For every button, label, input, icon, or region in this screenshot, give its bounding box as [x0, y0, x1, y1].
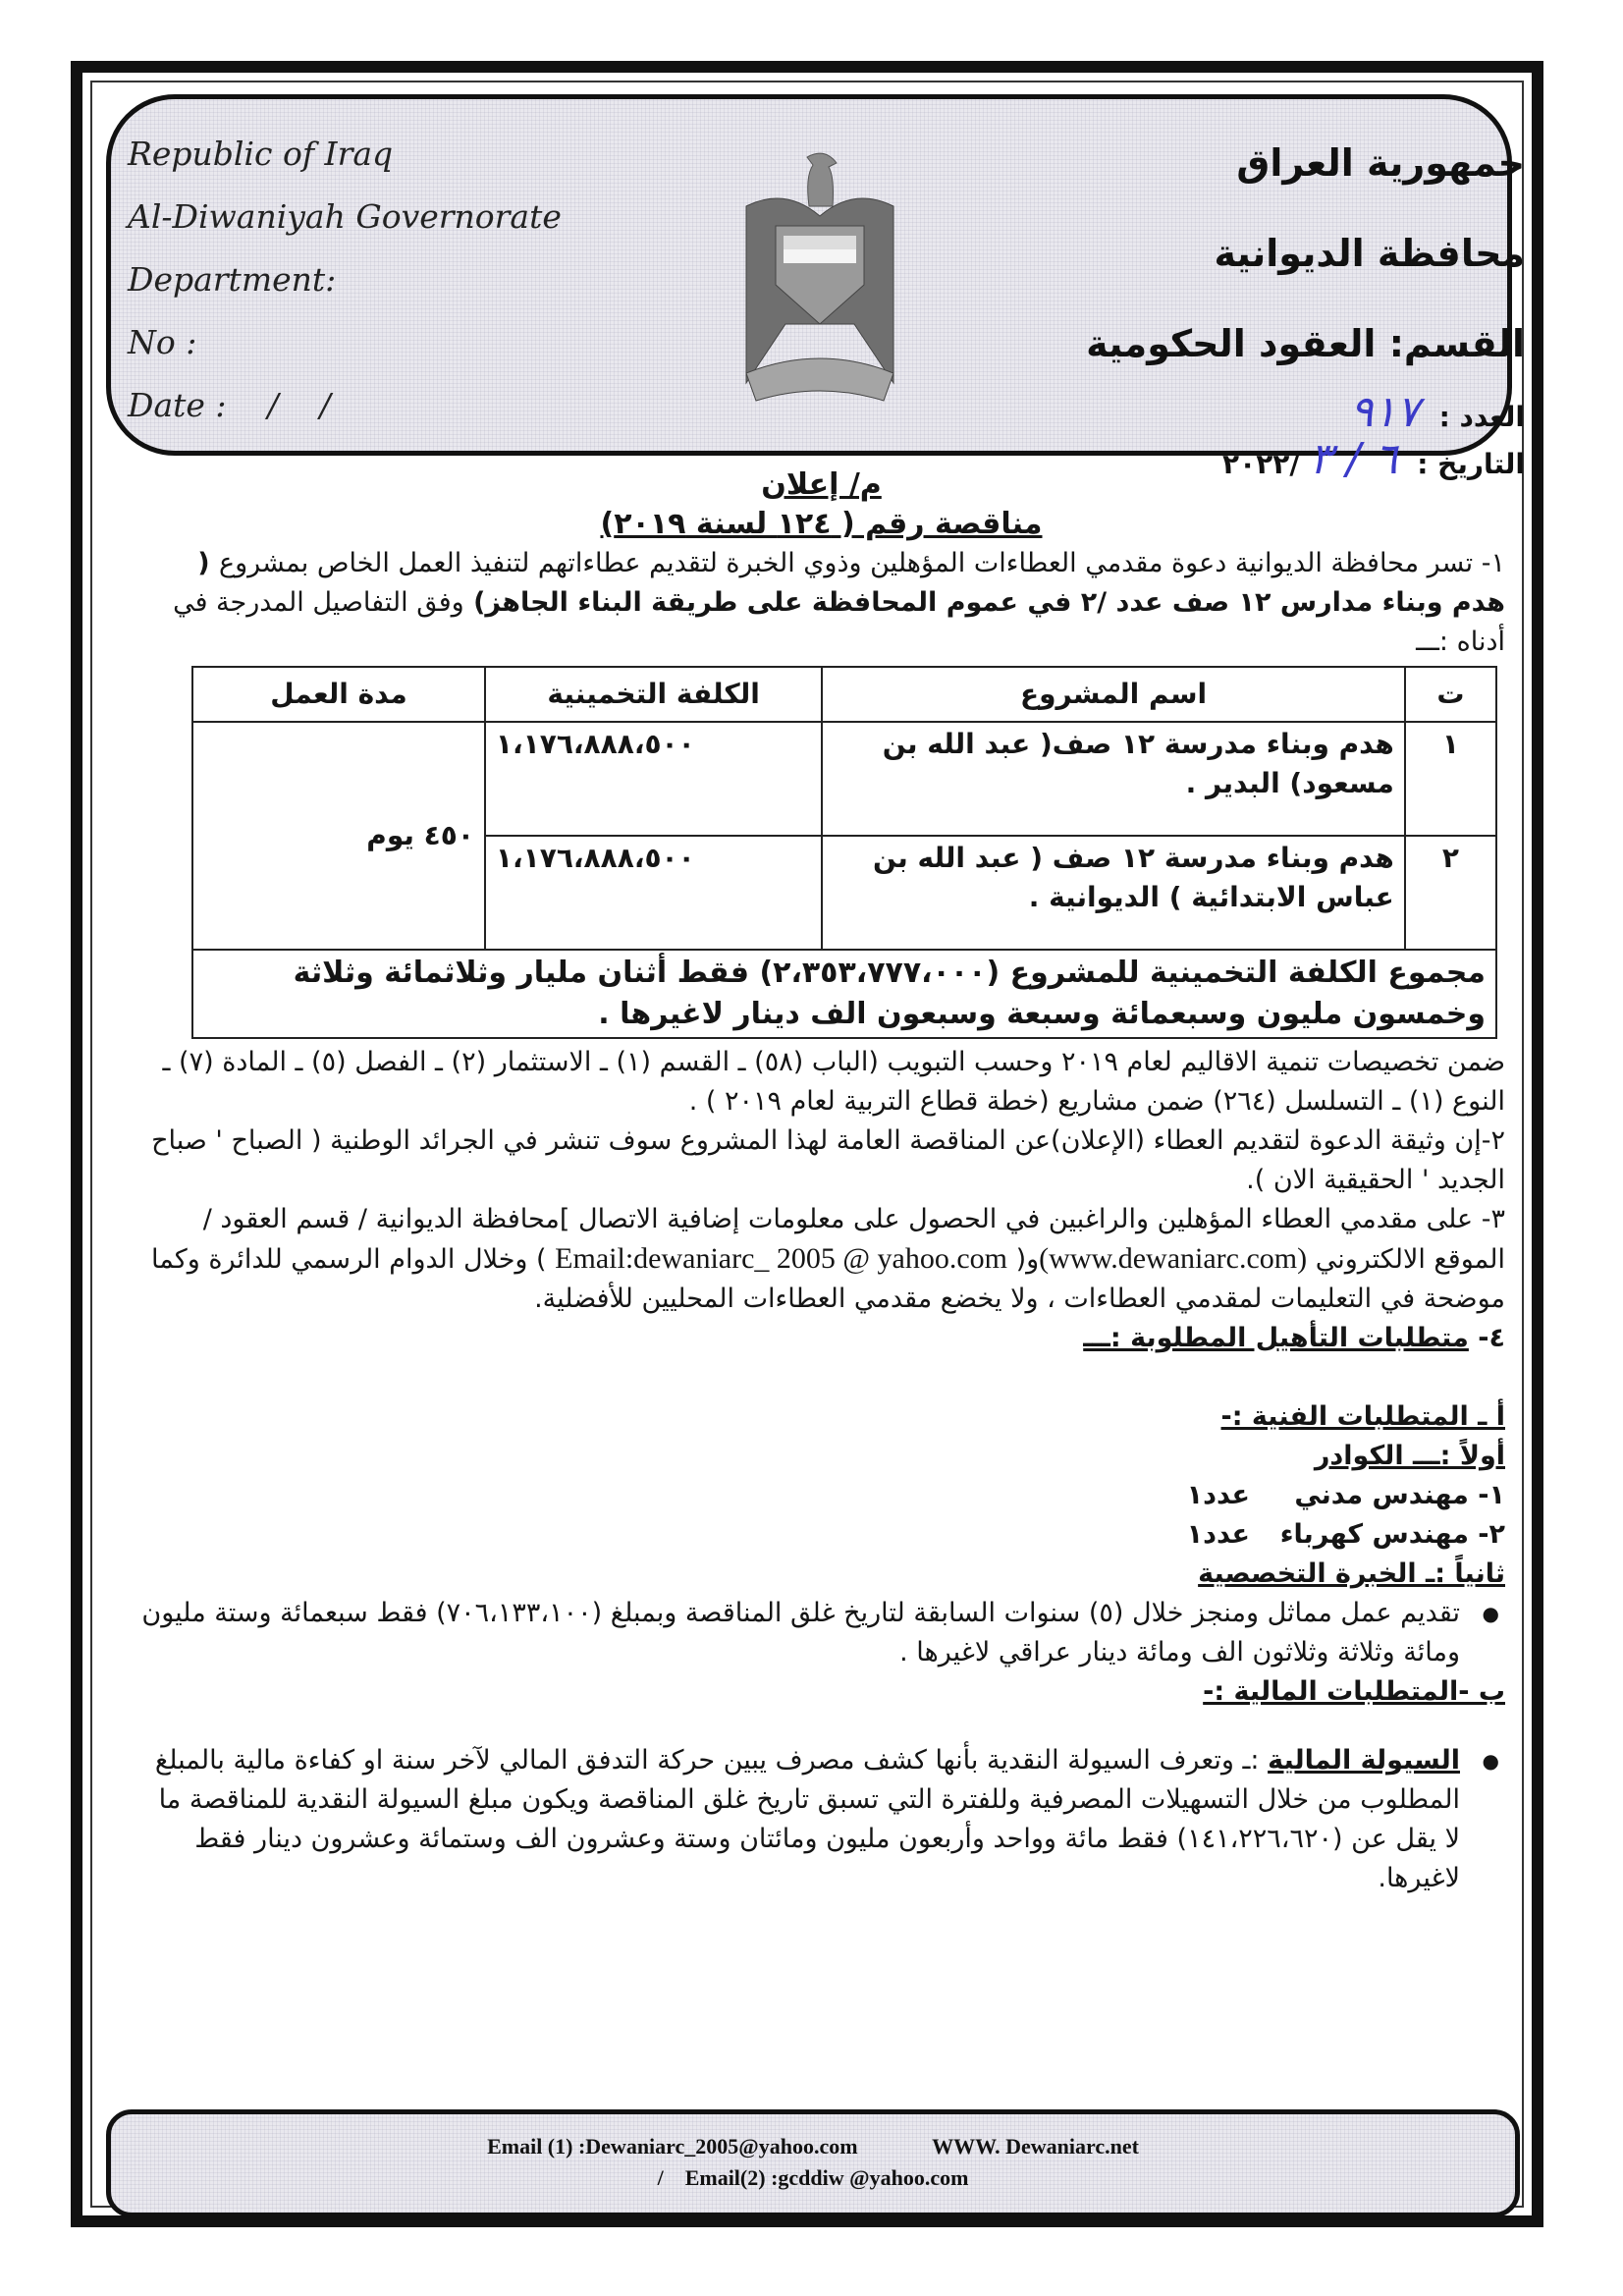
cadre-heading: أولاً :ـــ الكوادر: [137, 1437, 1505, 1476]
header-duration: مدة العمل: [192, 667, 485, 722]
country-ar: جمهورية العراق: [1086, 118, 1525, 208]
eagle-emblem-icon: [717, 137, 923, 412]
liquidity-text: السيولة المالية :ـ وتعرف السيولة النقدية…: [137, 1741, 1505, 1898]
projects-table: ت اسم المشروع الكلفة التخمينية مدة العمل…: [191, 666, 1497, 1039]
footer-email-1[interactable]: Email (1) :Dewaniarc_2005@yahoo.com: [487, 2134, 858, 2159]
number-label-en: No :: [128, 311, 562, 374]
row-num: ٢: [1405, 836, 1496, 950]
row-cost: ١،١٧٦،٨٨٨،٥٠٠: [485, 836, 822, 950]
footer-email-2[interactable]: Email(2) :gcddiw @yahoo.com: [685, 2165, 969, 2190]
paragraph-3: ٣- على مقدمي العطاء المؤهلين والراغبين ف…: [137, 1200, 1505, 1319]
header-project-name: اسم المشروع: [822, 667, 1405, 722]
experience-heading: ثانياً :ـ الخبرة التخصصية: [137, 1555, 1505, 1594]
number-line-ar: العدد : ٩١٧: [1086, 389, 1525, 436]
footer-separator: /: [658, 2165, 664, 2190]
date-label-en: Date : / /: [128, 374, 562, 437]
row-cost: ١،١٧٦،٨٨٨،٥٠٠: [485, 722, 822, 836]
number-label-ar: العدد :: [1439, 401, 1525, 433]
country-en: Republic of Iraq: [128, 123, 562, 186]
header-num: ت: [1405, 667, 1496, 722]
tender-number: مناقصة رقم ( ١٢٤ لسنة ٢٠١٩): [137, 505, 1505, 544]
table-row: ١ هدم وبناء مدرسة ١٢ صف( عبد الله بن مسع…: [192, 722, 1496, 836]
footer-contact-box: Email (1) :Dewaniarc_2005@yahoo.com WWW.…: [106, 2109, 1520, 2217]
letterhead-english: Republic of Iraq Al-Diwaniyah Governorat…: [128, 123, 562, 437]
website-link[interactable]: (www.dewaniarc.com): [1039, 1242, 1307, 1275]
governorate-en: Al-Diwaniyah Governorate: [128, 186, 562, 248]
technical-heading: أ ـ المتطلبات الفنية :-: [137, 1397, 1505, 1437]
number-value-handwritten: ٩١٧: [1350, 387, 1420, 437]
row-num: ١: [1405, 722, 1496, 836]
table-header-row: ت اسم المشروع الكلفة التخمينية مدة العمل: [192, 667, 1496, 722]
paragraph-1: ١- تسر محافظة الديوانية دعوة مقدمي العطا…: [137, 544, 1505, 662]
department-ar: القسم: العقود الحكومية: [1086, 299, 1525, 389]
letterhead-arabic: جمهورية العراق محافظة الديوانية القسم: ا…: [1086, 118, 1525, 483]
row-duration: ٤٥٠ يوم: [192, 722, 485, 950]
email-link[interactable]: Email:dewaniarc_ 2005 @ yahoo.com: [555, 1242, 1007, 1275]
qualifications-heading: ٤- متطلبات التأهيل المطلوبة :ـــ: [137, 1319, 1505, 1358]
row-project-name: هدم وبناء مدرسة ١٢ صف ( عبد الله بن عباس…: [822, 836, 1405, 950]
experience-text: تقديم عمل مماثل ومنجز خلال (٥) سنوات الس…: [137, 1594, 1505, 1672]
total-cost: مجموع الكلفة التخمينية للمشروع (٢،٣٥٣،٧٧…: [192, 950, 1496, 1038]
budget-allocation: ضمن تخصيصات تنمية الاقاليم لعام ٢٠١٩ وحس…: [137, 1043, 1505, 1121]
governorate-ar: محافظة الديوانية: [1086, 208, 1525, 299]
announcement-body: م/ إعلان مناقصة رقم ( ١٢٤ لسنة ٢٠١٩) ١- …: [137, 465, 1505, 1898]
financial-heading: ب -المتطلبات المالية :-: [137, 1672, 1505, 1712]
department-label-en: Department:: [128, 248, 562, 311]
footer-website[interactable]: WWW. Dewaniarc.net: [932, 2134, 1139, 2159]
header-estimated-cost: الكلفة التخمينية: [485, 667, 822, 722]
row-project-name: هدم وبناء مدرسة ١٢ صف( عبد الله بن مسعود…: [822, 722, 1405, 836]
announcement-title: م/ إعلان: [137, 465, 1505, 505]
table-total-row: مجموع الكلفة التخمينية للمشروع (٢،٣٥٣،٧٧…: [192, 950, 1496, 1038]
cadre-item: ٢- مهندس كهرباء عدد١: [137, 1515, 1505, 1555]
cadre-item: ١- مهندس مدني عدد١: [137, 1476, 1505, 1515]
paragraph-2: ٢-إن وثيقة الدعوة لتقديم العطاء (الإعلان…: [137, 1121, 1505, 1200]
